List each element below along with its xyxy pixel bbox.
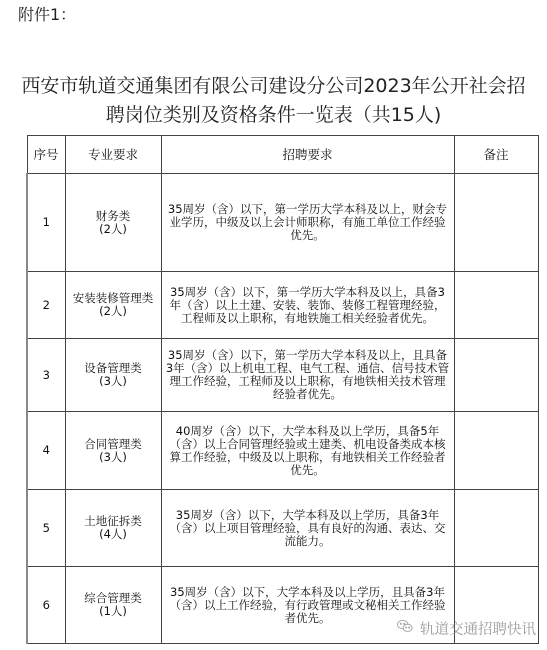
recruitment-table: 序号 专业要求 招聘要求 备注 1 财务类 (2人) 35周岁（含）以下，第一学… [26,135,539,644]
requirement-text: 35周岁（含）以下，第一学历大学本科及以上，且具备3年（含）以上机电工程、电气工… [165,349,451,401]
header-requirement: 招聘要求 [161,136,454,174]
row-note [454,339,538,412]
row-note [454,174,538,272]
table-row: 2 安装装修管理类 (2人) 35周岁（含）以下，第一学历大学本科及以上，具备3… [27,272,538,339]
row-no: 2 [27,272,65,339]
row-note [454,412,538,490]
row-major: 综合管理类 (1人) [65,567,161,644]
row-no: 4 [27,412,65,490]
wechat-icon [396,617,414,639]
row-note [454,272,538,339]
row-no: 3 [27,339,65,412]
watermark: 轨道交通招聘快讯 [396,617,536,639]
attachment-label: 附件1： [18,4,76,26]
row-no: 5 [27,490,65,567]
major-count: (1人) [69,605,158,618]
requirement-text: 35周岁（含）以下，第一学历大学本科及以上，财会专业学历，中级及以上会计师职称，… [165,203,451,242]
row-requirement: 35周岁（含）以下，大学本科及以上学历，具备3年（含）以上项目管理经验，具有良好… [161,490,454,567]
row-requirement: 35周岁（含）以下，第一学历大学本科及以上，具备3年（含）以上土建、安装、装饰、… [161,272,454,339]
row-major: 土地征拆类 (4人) [65,490,161,567]
major-name: 合同管理类 [69,438,158,451]
watermark-text: 轨道交通招聘快讯 [420,618,536,639]
table-row: 4 合同管理类 (3人) 40周岁（含）以下，大学本科及以上学历，具备5年（含）… [27,412,538,490]
table-row: 1 财务类 (2人) 35周岁（含）以下，第一学历大学本科及以上，财会专业学历，… [27,174,538,272]
header-major: 专业要求 [65,136,161,174]
major-count: (2人) [69,305,158,318]
row-major: 合同管理类 (3人) [65,412,161,490]
document-title-line-1: 西安市轨道交通集团有限公司建设分公司2023年公开社会招 [0,73,547,99]
table-header-row: 序号 专业要求 招聘要求 备注 [27,136,538,174]
row-no: 1 [27,174,65,272]
row-no: 6 [27,567,65,644]
major-count: (4人) [69,528,158,541]
row-major: 设备管理类 (3人) [65,339,161,412]
table-row: 5 土地征拆类 (4人) 35周岁（含）以下，大学本科及以上学历，具备3年（含）… [27,490,538,567]
row-major: 安装装修管理类 (2人) [65,272,161,339]
header-no: 序号 [27,136,65,174]
row-requirement: 35周岁（含）以下，第一学历大学本科及以上，财会专业学历，中级及以上会计师职称，… [161,174,454,272]
header-note: 备注 [454,136,538,174]
major-name: 财务类 [69,210,158,223]
row-note [454,490,538,567]
major-count: (2人) [69,223,158,236]
table-row: 3 设备管理类 (3人) 35周岁（含）以下，第一学历大学本科及以上，且具备3年… [27,339,538,412]
major-count: (3人) [69,451,158,464]
row-requirement: 35周岁（含）以下，第一学历大学本科及以上，且具备3年（含）以上机电工程、电气工… [161,339,454,412]
row-major: 财务类 (2人) [65,174,161,272]
requirement-text: 35周岁（含）以下，第一学历大学本科及以上，具备3年（含）以上土建、安装、装饰、… [165,286,451,325]
document-title-line-2: 聘岗位类别及资格条件一览表（共15人) [0,102,547,128]
major-count: (3人) [69,375,158,388]
requirement-text: 40周岁（含）以下，大学本科及以上学历，具备5年（含）以上合同管理经验或土建类、… [165,425,451,477]
row-requirement: 40周岁（含）以下，大学本科及以上学历，具备5年（含）以上合同管理经验或土建类、… [161,412,454,490]
requirement-text: 35周岁（含）以下，大学本科及以上学历，具备3年（含）以上项目管理经验，具有良好… [165,509,451,548]
